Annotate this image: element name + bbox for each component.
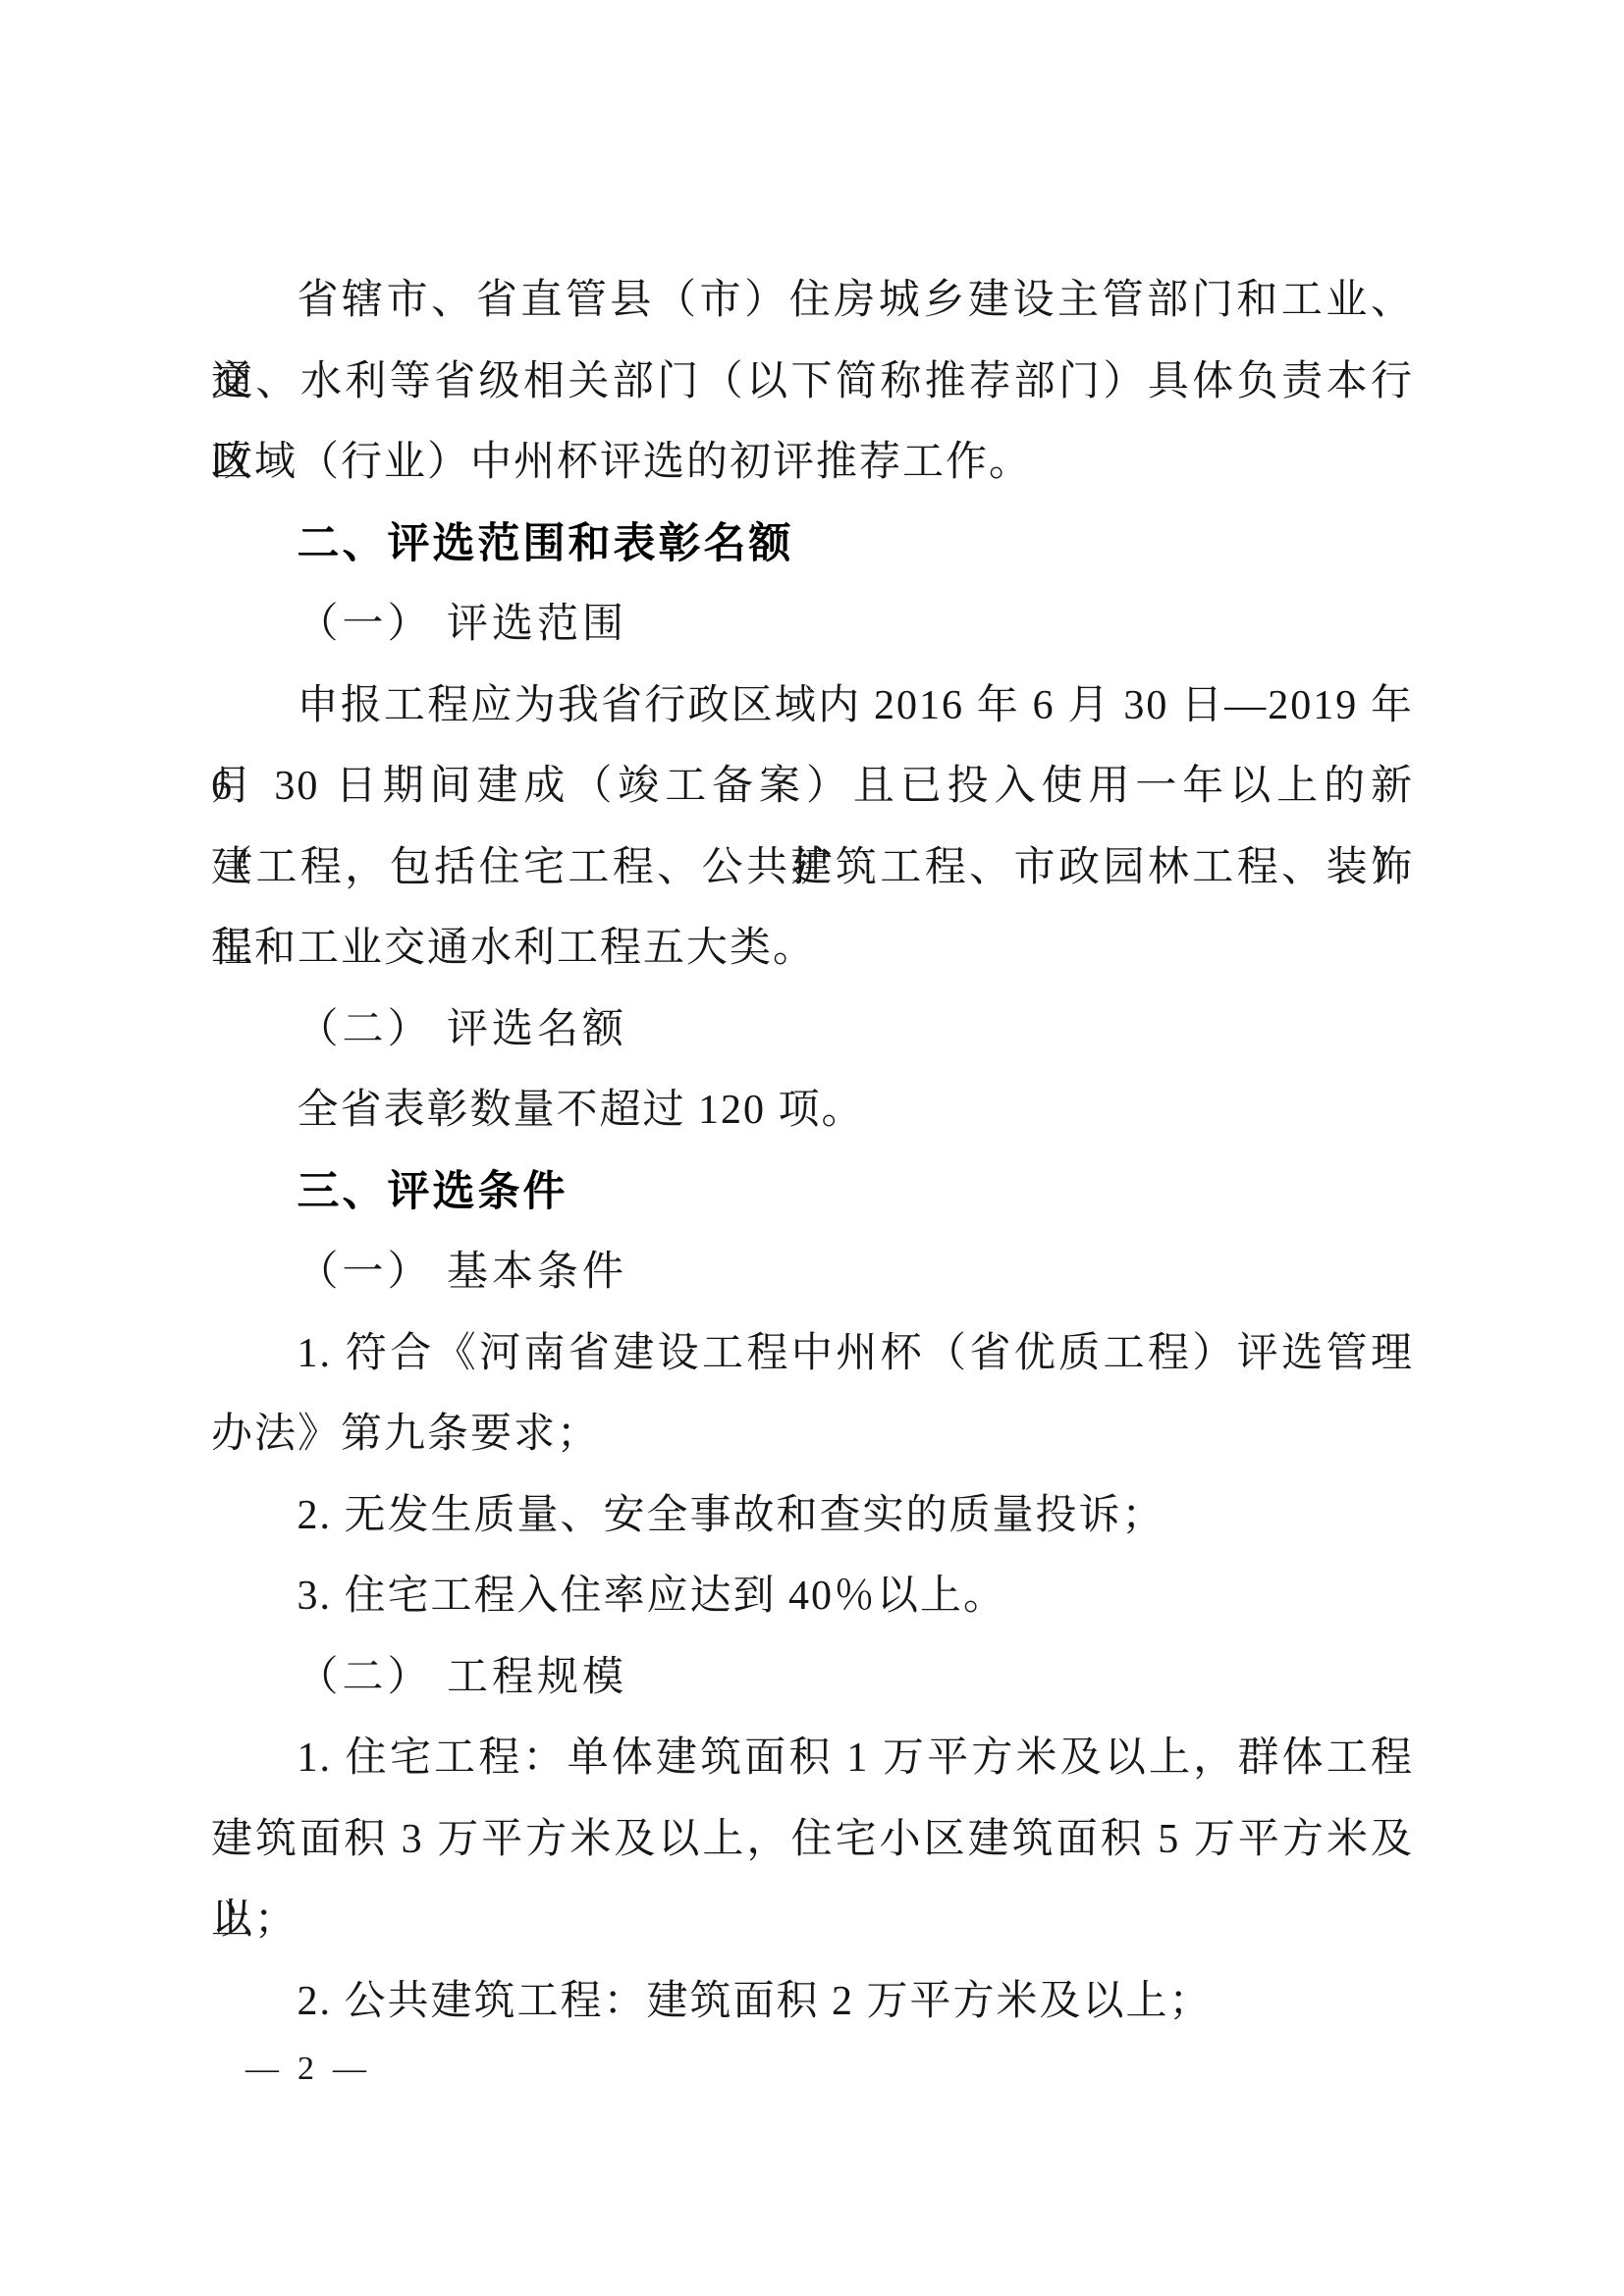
paragraph-line: 建工程，包括住宅工程、公共建筑工程、市政园林工程、装饰工 <box>211 828 1414 909</box>
list-item-line: 建筑面积 3 万平方米及以上，住宅小区建筑面积 5 万平方米及以 <box>211 1799 1414 1881</box>
footer-right-dash: — <box>333 2048 367 2091</box>
paragraph-line: 区域（行业）中州杯评选的初评推荐工作。 <box>211 422 1414 504</box>
list-item-line: 上； <box>211 1880 1414 1961</box>
list-item-line: 1. 住宅工程：单体建筑面积 1 万平方米及以上，群体工程 <box>211 1718 1414 1799</box>
subsection-heading: （一） 基本条件 <box>211 1232 1414 1313</box>
section-heading-3: 三、评选条件 <box>211 1151 1414 1233</box>
page-footer: —2— <box>245 2048 367 2091</box>
subsection-heading: （二） 评选名额 <box>211 989 1414 1071</box>
subsection-heading: （二） 工程规模 <box>211 1637 1414 1719</box>
subsection-heading: （一） 评选范围 <box>211 584 1414 666</box>
list-item-line: 2. 无发生质量、安全事故和查实的质量投诉； <box>211 1475 1414 1557</box>
paragraph-line: 程和工业交通水利工程五大类。 <box>211 908 1414 989</box>
paragraph-line: 全省表彰数量不超过 120 项。 <box>211 1070 1414 1151</box>
list-item-line: 3. 住宅工程入住率应达到 40％以上。 <box>211 1556 1414 1637</box>
paragraph-line: 通、水利等省级相关部门（以下简称推荐部门）具体负责本行政 <box>211 342 1414 423</box>
section-heading-2: 二、评选范围和表彰名额 <box>211 504 1414 585</box>
footer-left-dash: — <box>245 2048 280 2091</box>
page-number: 2 <box>298 2048 315 2091</box>
paragraph-line: 申报工程应为我省行政区域内 2016 年 6 月 30 日—2019 年 6 <box>211 666 1414 747</box>
paragraph-line: 月 30 日期间建成（竣工备案）且已投入使用一年以上的新（扩） <box>211 746 1414 828</box>
document-page: 省辖市、省直管县（市）住房城乡建设主管部门和工业、交 通、水利等省级相关部门（以… <box>0 0 1624 2296</box>
list-item-line: 2. 公共建筑工程：建筑面积 2 万平方米及以上； <box>211 1961 1414 2043</box>
list-item-line: 办法》第九条要求； <box>211 1394 1414 1475</box>
document-text-block: 省辖市、省直管县（市）住房城乡建设主管部门和工业、交 通、水利等省级相关部门（以… <box>211 260 1414 2042</box>
list-item-line: 1. 符合《河南省建设工程中州杯（省优质工程）评选管理 <box>211 1313 1414 1395</box>
paragraph-line: 省辖市、省直管县（市）住房城乡建设主管部门和工业、交 <box>211 260 1414 342</box>
